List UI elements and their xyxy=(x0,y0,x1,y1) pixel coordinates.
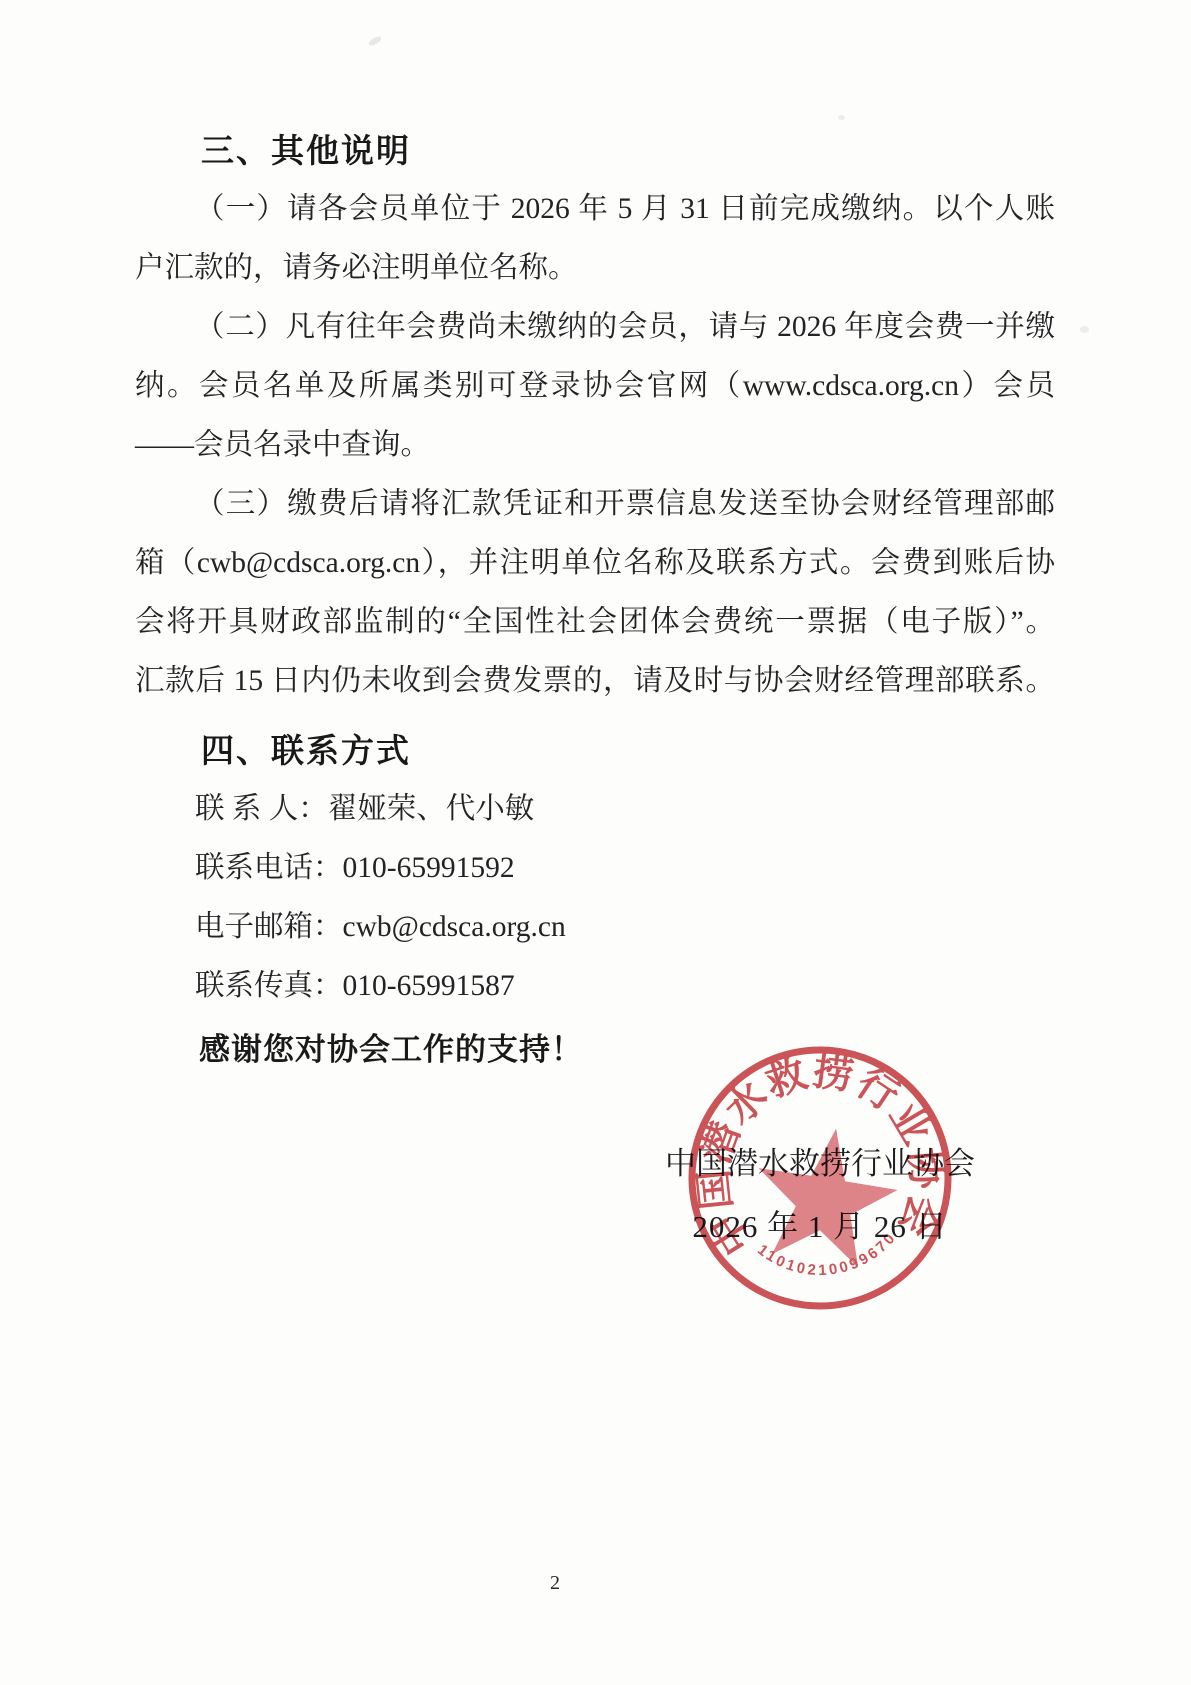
para3-line2: 箱（cwb@cdsca.org.cn），并注明单位名称及联系方式。会费到账后协 xyxy=(135,534,1055,593)
contact-fax: 联系传真：010-65991587 xyxy=(135,957,1055,1016)
para2-line2: 纳。会员名单及所属类别可登录协会官网（www.cdsca.org.cn）会员 xyxy=(135,357,1055,416)
document-body: 三、其他说明 （一）请各会员单位于 2026 年 5 月 31 日前完成缴纳。以… xyxy=(135,121,1055,1079)
para3-line4: 汇款后 15 日内仍未收到会费发票的，请及时与协会财经管理部联系。 xyxy=(135,652,1055,711)
document-page: 三、其他说明 （一）请各会员单位于 2026 年 5 月 31 日前完成缴纳。以… xyxy=(0,0,1191,1685)
para2-line1: （二）凡有往年会费尚未缴纳的会员，请与 2026 年度会费一并缴 xyxy=(135,298,1055,357)
para3-line3: 会将开具财政部监制的“全国性社会团体会费统一票据（电子版）”。 xyxy=(135,593,1055,652)
scan-artifact xyxy=(1080,326,1089,333)
scan-artifact xyxy=(367,35,382,47)
section4-heading: 四、联系方式 xyxy=(135,721,1055,780)
contact-person: 联 系 人：翟娅荣、代小敏 xyxy=(135,780,1055,839)
page-number: 2 xyxy=(500,1572,610,1595)
para1-line1: （一）请各会员单位于 2026 年 5 月 31 日前完成缴纳。以个人账 xyxy=(135,180,1055,239)
contact-phone: 联系电话：010-65991592 xyxy=(135,839,1055,898)
section3-heading: 三、其他说明 xyxy=(135,121,1055,180)
para3-line1: （三）缴费后请将汇款凭证和开票信息发送至协会财经管理部邮 xyxy=(135,475,1055,534)
scan-artifact xyxy=(838,115,845,120)
contact-email: 电子邮箱：cwb@cdsca.org.cn xyxy=(135,898,1055,957)
para2-line3: ——会员名录中查询。 xyxy=(135,416,1055,475)
thanks-line: 感谢您对协会工作的支持！ xyxy=(135,1020,1055,1079)
signature-organization: 中国潜水救捞行业协会 xyxy=(630,1138,1010,1183)
para1-line2: 户汇款的，请务必注明单位名称。 xyxy=(135,239,1055,298)
signature-date: 2026 年 1 月 26 日 xyxy=(630,1201,1010,1246)
